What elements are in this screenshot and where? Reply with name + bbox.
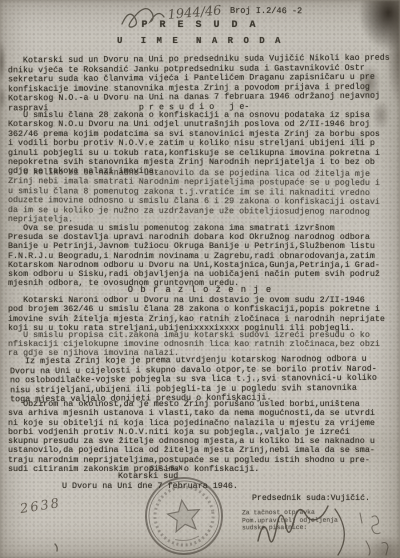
- obrazlozenje-heading: O b r a z l o ž e n j e: [0, 286, 400, 295]
- handwritten-number: 2638: [19, 496, 62, 517]
- paragraph-1-court-composition: Kotarski sud un Dvoru na Uni po predsedn…: [8, 54, 390, 114]
- stray-ink-mark: [52, 542, 64, 554]
- subtitle-u-ime-naroda: U I M E N A R O D A: [0, 37, 400, 46]
- doc-number: Broj I.2/46 -2: [230, 7, 302, 17]
- paragraph-5-report: Kotarski Naroni odbor u Dvoru na Uni dos…: [8, 296, 385, 334]
- paragraph-8-circumstances: Obzirom na okolnost,da je mesto Zrinj po…: [8, 400, 375, 474]
- star-icon: [166, 498, 202, 533]
- court-seal-stamp: [138, 474, 230, 558]
- paragraph-3-exceptions: U koliko bi se naknadno ustanovilo da se…: [8, 168, 380, 226]
- title-presuda: P R E S U D A: [0, 21, 400, 30]
- paragraph-4-delivery: Ova se presuda u smislu pomenutog zakona…: [8, 224, 380, 288]
- handwritten-margin-marks: [352, 495, 397, 557]
- paragraph-7-resistance: Iz mjesta Zrinj koje je prema utvrdjenju…: [10, 355, 377, 405]
- scanned-court-verdict-page: 1944/46 Broj I.2/46 -2 P R E S U D A U I…: [0, 0, 400, 558]
